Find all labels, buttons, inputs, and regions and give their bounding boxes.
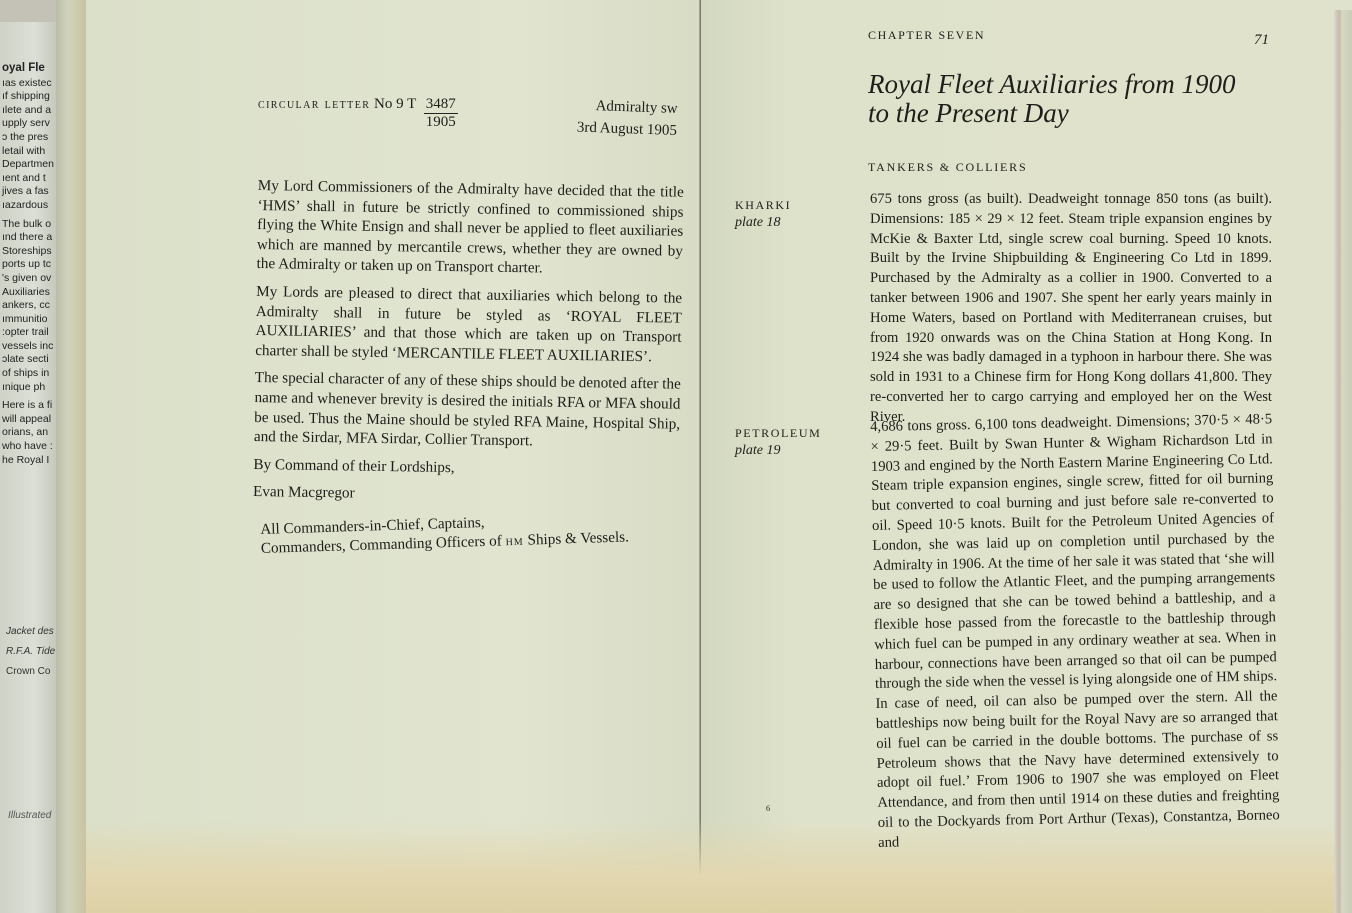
jacket-heading: oyal Fle [2,62,62,76]
jacket-line: ıf shipping [2,90,62,104]
letter-number: No 9 T [374,96,416,112]
ship-entry-label: PETROLEUM plate 19 [735,425,821,459]
right-page-number: 71 [1254,32,1269,49]
jacket-line: orians, an [2,426,62,440]
letter-address: Admiralty sw 3rd August 1905 [577,95,678,142]
jacket-credit-line: Crown Co [6,662,55,682]
jacket-line: The bulk o [2,218,62,232]
jacket-line: ıazardous [2,199,62,213]
date-line: 3rd August 1905 [577,116,678,141]
ship-entry-text: 4,686 tons gross. 6,100 tons deadweight.… [870,410,1280,853]
jacket-line: ınique ph [2,381,62,395]
jacket-line: ɔ the pres [2,131,62,145]
jacket-paragraph-2: The bulk o ınd there a Storeships ports … [2,218,62,395]
jacket-line: Auxiliaries [2,286,62,300]
jacket-line: ɔlate secti [2,353,62,367]
jacket-line: Departmen [2,158,62,172]
jacket-line: vessels inc [2,340,62,354]
recipients-text: Ships & Vessels. [527,528,629,548]
letter-closing: By Command of their Lordships, [253,455,679,481]
ship-name: PETROLEUM [735,426,821,440]
jacket-top-shadow [0,0,62,22]
letter-signature: Evan Macgregor [253,482,679,508]
jacket-line: ıas existec [2,77,62,91]
fraction-denominator: 1905 [424,114,458,131]
jacket-paragraph-3: Here is a fi will appeal orians, an who … [2,399,62,467]
jacket-line: jives a fas [2,185,62,199]
ship-entry-text: 675 tons gross (as built). Deadweight to… [870,190,1272,428]
jacket-line: upply serv [2,117,62,131]
jacket-line: Here is a fi [2,399,62,413]
section-heading: TANKERS & COLLIERS [868,160,1027,175]
jacket-line: he Royal I [2,454,62,468]
jacket-line: ılete and a [2,104,62,118]
dust-jacket-flap: oyal Fle ıas existec ıf shipping ılete a… [0,0,62,913]
jacket-line: ports up tc [2,258,62,272]
jacket-line: Storeships [2,245,62,259]
chapter-title-line-1: Royal Fleet Auxiliaries from 1900 [868,70,1288,99]
jacket-fold-edge [56,0,86,913]
letter-reference: Circular Letter No 9 T 3487 1905 [258,96,458,131]
jacket-line: ınd there a [2,231,62,245]
jacket-line: ıent and t [2,172,62,186]
jacket-line: 's given ov [2,272,62,286]
page-stack-edge [1334,10,1352,913]
jacket-line: of ships in [2,367,62,381]
letter-ref-label: Circular Letter [258,97,370,112]
chapter-title: Royal Fleet Auxiliaries from 1900 to the… [868,70,1288,128]
chapter-title-line-2: to the Present Day [868,99,1288,128]
recipients-hm: HM [505,534,524,550]
chapter-label: CHAPTER SEVEN [868,28,985,43]
letter-body: My Lord Commissioners of the Admiralty h… [253,176,684,517]
letter-paragraph: My Lords are pleased to direct that auxi… [255,282,682,367]
letter-header: Circular Letter No 9 T 3487 1905 Admiral… [258,96,678,156]
jacket-credit-line: Jacket des [6,622,55,642]
jacket-line: ımmunitio [2,313,62,327]
plate-reference: plate 19 [735,443,821,459]
fraction-numerator: 3487 [424,96,458,114]
letter-paragraph: My Lord Commissioners of the Admiralty h… [256,176,683,281]
jacket-credits: Jacket des R.F.A. Tide Crown Co [6,622,55,682]
jacket-line: will appeal [2,413,62,427]
jacket-line: :opter trail [2,326,62,340]
letter-fraction: 3487 1905 [424,96,458,131]
jacket-paragraph-1: ıas existec ıf shipping ılete and a uppl… [2,77,62,213]
jacket-line: ankers, cc [2,299,62,313]
jacket-illustrated-note: Illustrated [8,810,51,821]
plate-reference: plate 18 [735,215,791,231]
jacket-line: who have : [2,440,62,454]
left-page-number: 6 [766,804,770,813]
letter-paragraph: The special character of any of these sh… [254,368,681,453]
jacket-blurb: oyal Fle ıas existec ıf shipping ılete a… [2,62,62,472]
ship-name: KHARKI [735,198,791,212]
ship-entry-label: KHARKI plate 18 [735,197,791,231]
jacket-line: letail with [2,145,62,159]
jacket-credit-line: R.F.A. Tide [6,642,55,662]
